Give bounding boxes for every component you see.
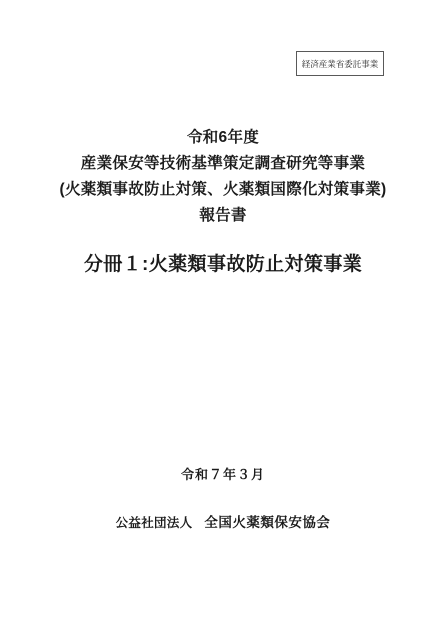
publication-date: 令和７年３月 <box>0 464 446 483</box>
project-detail-line: (火薬類事故防止対策、火薬類国際化対策事業) <box>0 177 446 203</box>
organization-name: 全国火薬類保安協会 <box>204 515 330 530</box>
organization-type: 公益社団法人 <box>116 516 193 530</box>
title-block: 令和6年度 産業保安等技術基準策定調査研究等事業 (火薬類事故防止対策、火薬類国… <box>0 125 446 229</box>
commission-box: 経済産業省委託事業 <box>296 51 384 76</box>
fiscal-year-line: 令和6年度 <box>0 125 446 151</box>
report-cover-page: 経済産業省委託事業 令和6年度 産業保安等技術基準策定調査研究等事業 (火薬類事… <box>0 0 446 630</box>
volume-title: 分冊１:火薬類事故防止対策事業 <box>0 249 446 276</box>
commission-label: 経済産業省委託事業 <box>302 58 379 70</box>
project-name-line: 産業保安等技術基準策定調査研究等事業 <box>0 151 446 177</box>
organization-line: 公益社団法人全国火薬類保安協会 <box>0 511 446 532</box>
doc-type-line: 報告書 <box>0 203 446 229</box>
